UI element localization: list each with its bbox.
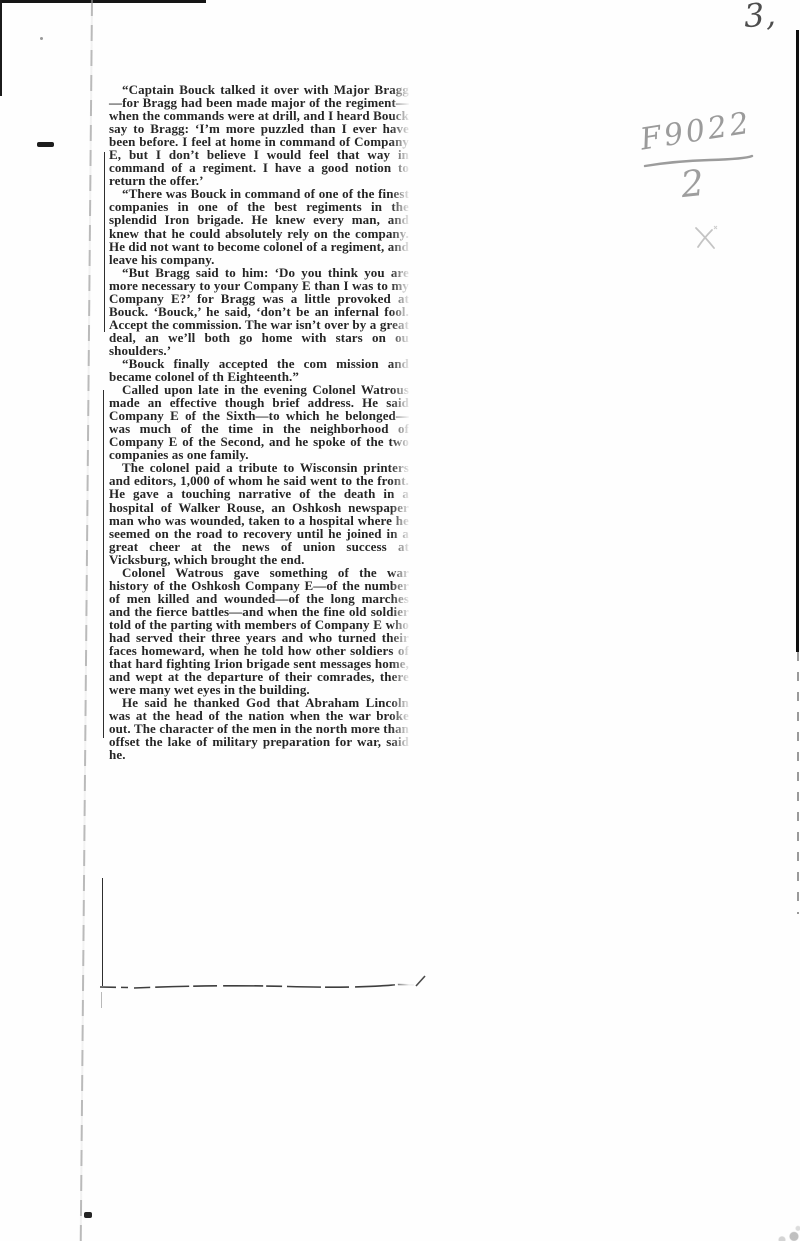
scanned-page: 3, F9022 2 “Captain Bouck talked it over… (0, 0, 800, 1241)
clipping-column-rule (104, 152, 105, 332)
scan-edge-top (0, 0, 206, 3)
pencil-scribble-mark (692, 222, 720, 252)
article-paragraph: “There was Bouck in command of one of th… (109, 187, 409, 265)
article-paragraph: Colonel Watrous gave something of the wa… (109, 566, 409, 696)
clipping-cut-edge-fade (391, 84, 414, 989)
scan-edge-right (796, 30, 800, 652)
article-paragraph: “Captain Bouck talked it over with Major… (109, 83, 409, 187)
corner-scan-noise (760, 1218, 800, 1241)
scan-edge-left (0, 0, 2, 96)
dust-speck (40, 37, 43, 40)
handwritten-copy-number: 2 (679, 163, 706, 206)
margin-dash-mark (37, 142, 54, 147)
article-paragraph: Called upon late in the evening Colonel … (109, 383, 409, 461)
clipping-column-rule (103, 390, 104, 738)
article-paragraph: “Bouck finally accepted the com mission … (109, 357, 409, 383)
clipping-column-rule (102, 878, 103, 986)
article-paragraph: The colonel paid a tribute to Wisconsin … (109, 461, 409, 565)
article-paragraph: He said he thanked God that Abraham Linc… (109, 696, 409, 761)
handwritten-page-number: 3, (743, 0, 778, 35)
clipping-torn-bottom-edge (98, 974, 432, 996)
article-paragraph: “But Bragg said to him: ‘Do you think yo… (109, 266, 409, 357)
page-fold-line (80, 0, 93, 1241)
scan-edge-right-faded (797, 652, 799, 914)
newspaper-article: “Captain Bouck talked it over with Major… (109, 83, 409, 761)
ink-blob (84, 1212, 92, 1218)
